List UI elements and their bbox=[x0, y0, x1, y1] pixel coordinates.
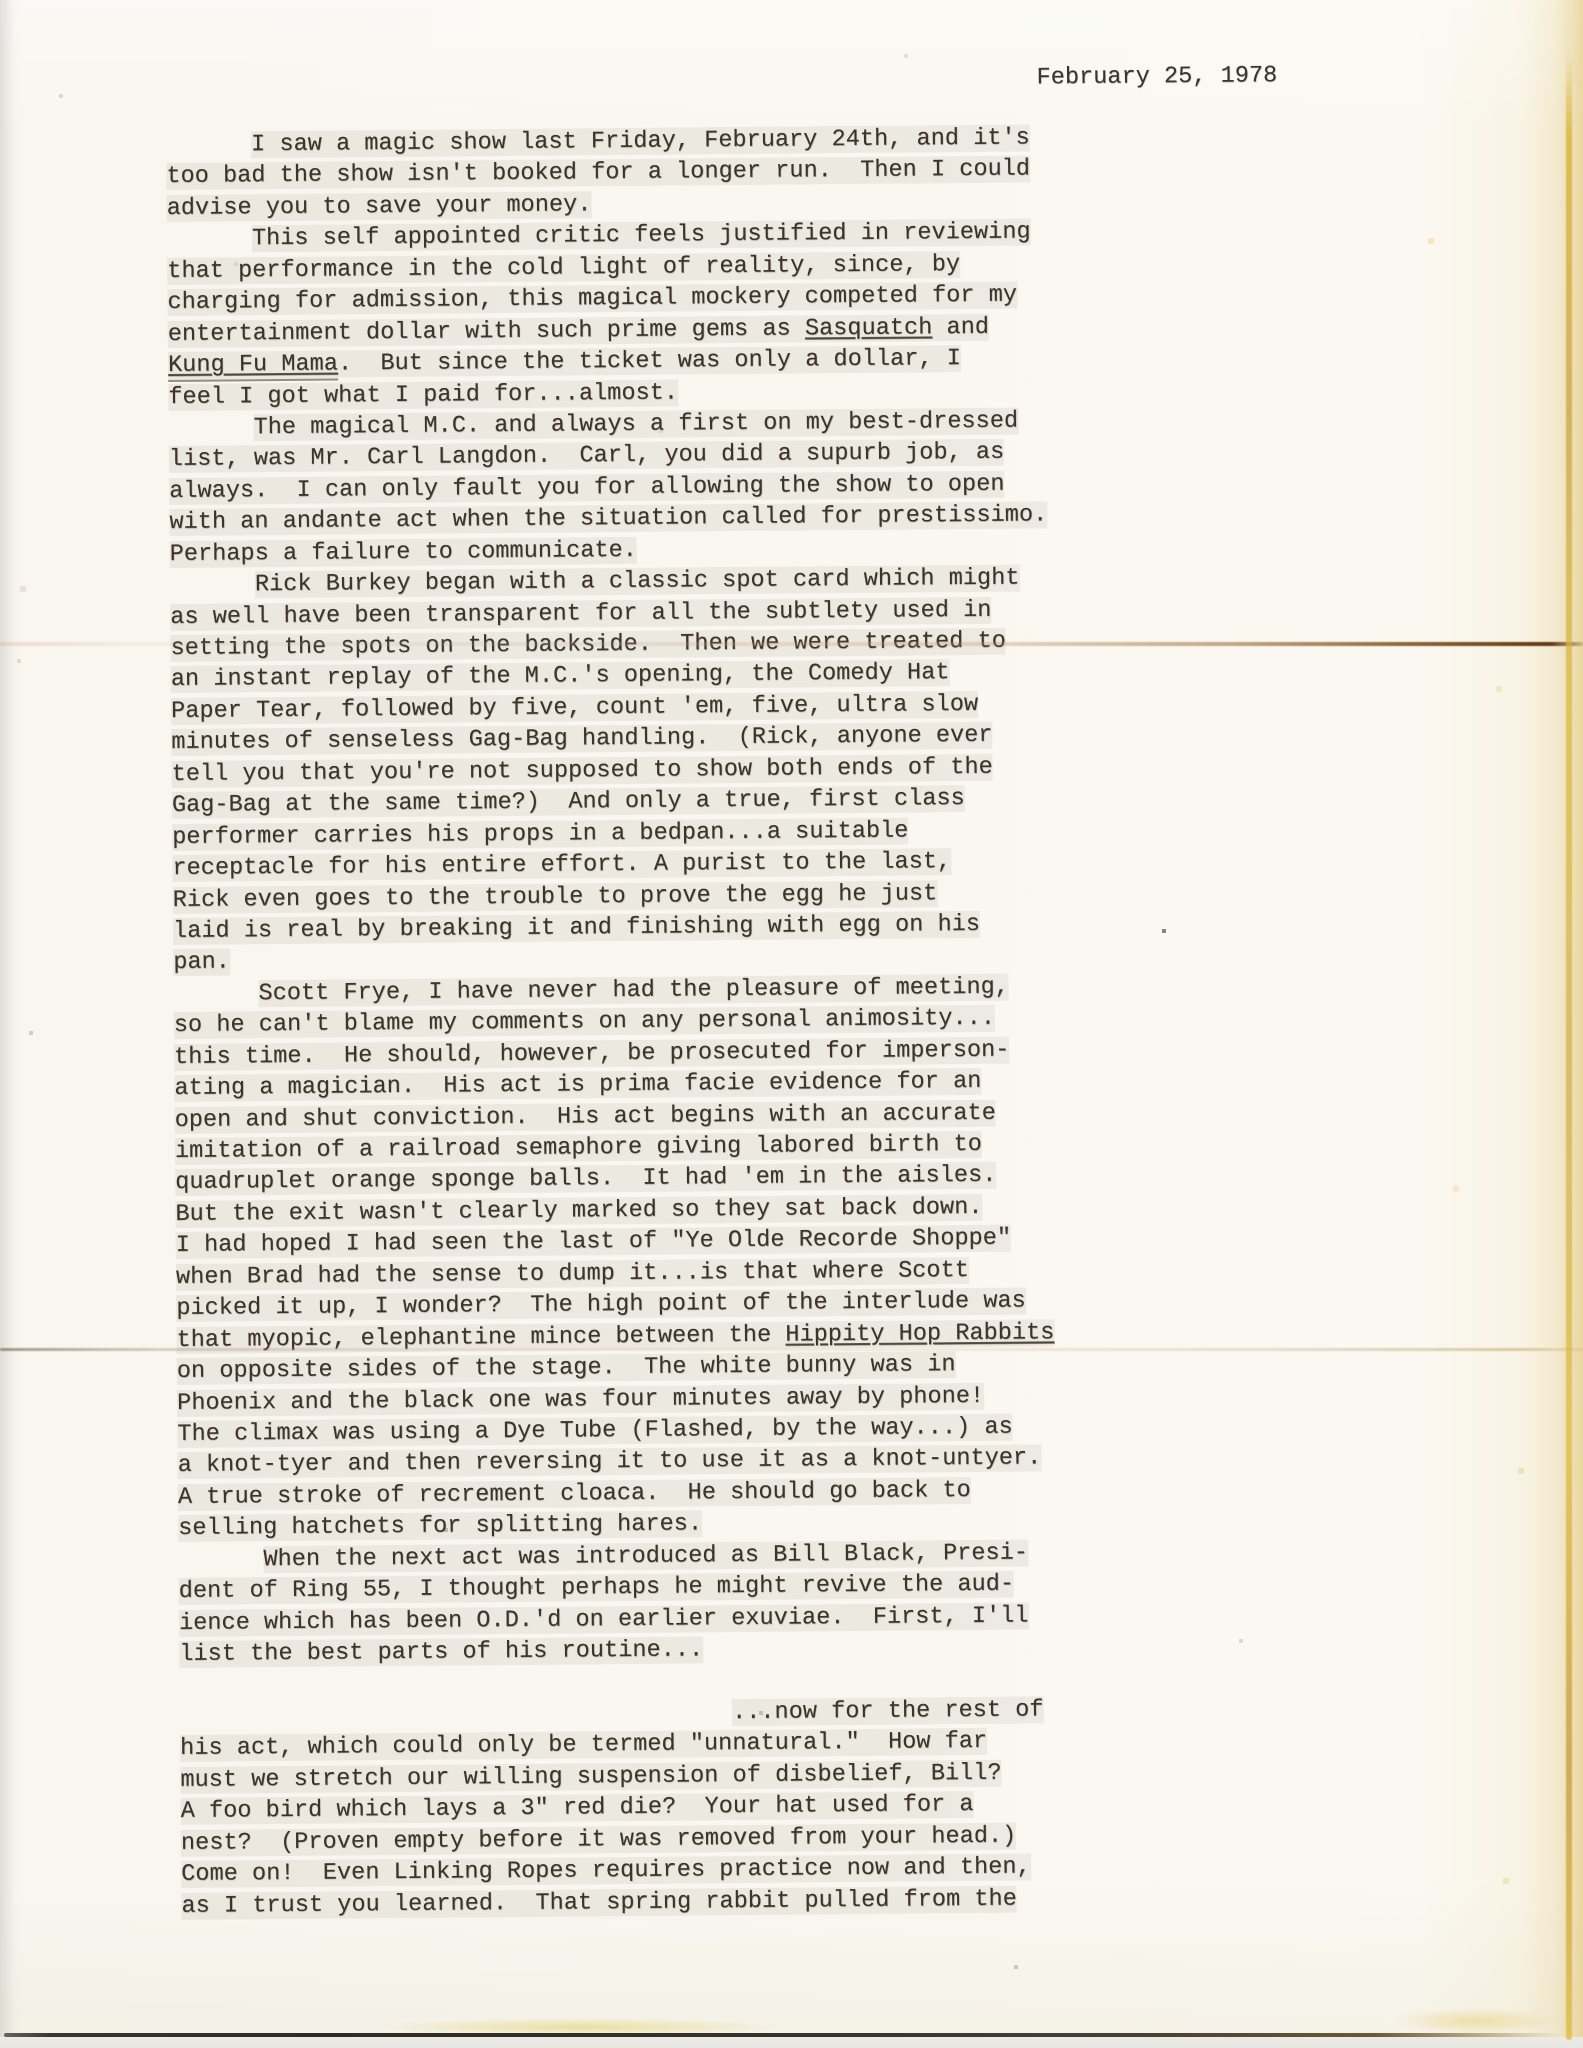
line-text: quadruplet orange sponge balls. It had '… bbox=[175, 1162, 996, 1196]
line-text: advise you to save your money. bbox=[167, 191, 592, 222]
line-text: open and shut conviction. His act begins… bbox=[175, 1099, 996, 1133]
line-text: pan. bbox=[173, 949, 230, 976]
line-text: Gag-Bag at the same time?) And only a tr… bbox=[172, 785, 965, 819]
line-text: an instant replay of the M.C.'s opening,… bbox=[171, 660, 950, 694]
line-text: as I trust you learned. That spring rabb… bbox=[181, 1885, 1017, 1919]
bottom-stain bbox=[370, 2018, 790, 2036]
line-text: too bad the show isn't booked for a long… bbox=[166, 156, 1030, 191]
paper-specks bbox=[0, 0, 2, 2]
line-text: ience which has been O.D.'d on earlier e… bbox=[179, 1602, 1029, 1636]
line-text: on opposite sides of the stage. The whit… bbox=[177, 1351, 956, 1385]
line-text: as well have been transparent for all th… bbox=[170, 596, 991, 630]
line-text: feel I got what I paid for...almost. bbox=[168, 379, 678, 410]
line-text: Scott Frye, I have never had the pleasur… bbox=[258, 973, 1009, 1007]
line-text: This self appointed critic feels justifi… bbox=[252, 219, 1031, 253]
line-text: entertainment dollar with such prime gem… bbox=[168, 315, 805, 348]
line-text: Perhaps a failure to communicate. bbox=[170, 537, 637, 568]
line-text: The magical M.C. and always a first on m… bbox=[253, 408, 1018, 442]
line-text: his act, which could only be termed "unn… bbox=[180, 1728, 987, 1762]
line-text: ...now for the rest of bbox=[732, 1696, 1044, 1726]
line-text: I saw a magic show last Friday, February… bbox=[251, 124, 1030, 158]
line-text: so he can't blame my comments on any per… bbox=[174, 1005, 995, 1039]
line-text: Paper Tear, followed by five, count 'em,… bbox=[171, 691, 978, 725]
line-text: a knot-tyer and then reversing it to use… bbox=[178, 1445, 1042, 1480]
line-text: dent of Ring 55, I thought perhaps he mi… bbox=[179, 1571, 1015, 1605]
underlined-title: Sasquatch bbox=[805, 314, 933, 342]
line-text: A true stroke of recrement cloaca. He sh… bbox=[178, 1477, 971, 1511]
line-text: that myopic, elephantine mince between t… bbox=[176, 1321, 785, 1353]
line-text: selling hatchets for splitting hares. bbox=[178, 1511, 702, 1543]
line-indent bbox=[173, 980, 258, 1008]
line-indent bbox=[166, 131, 251, 159]
scan-bottom-strip bbox=[0, 2037, 1583, 2048]
line-text: performer carries his props in a bedpan.… bbox=[172, 817, 908, 850]
line-text: Phoenix and the black one was four minut… bbox=[177, 1382, 984, 1416]
line-text: imitation of a railroad semaphore giving… bbox=[175, 1131, 982, 1165]
line-text: setting the spots on the backside. Then … bbox=[170, 628, 1006, 662]
line-text: minutes of senseless Gag-Bag handling. (… bbox=[171, 722, 992, 756]
line-text: When the next act was introduced as Bill… bbox=[263, 1539, 1028, 1573]
line-text: when Brad had the sense to dump it...is … bbox=[176, 1257, 969, 1291]
line-text: picked it up, I wonder? The high point o… bbox=[176, 1288, 1026, 1322]
line-text: . But since the ticket was only a dollar… bbox=[338, 345, 961, 377]
letter-date: February 25, 1978 bbox=[1036, 60, 1277, 94]
line-text: with an andante act when the situation c… bbox=[169, 502, 1047, 537]
bottom-stain-right bbox=[1390, 2008, 1560, 2034]
line-text: A foo bird which lays a 3" red die? Your… bbox=[181, 1791, 974, 1825]
line-text: But the exit wasn't clearly marked so th… bbox=[175, 1194, 982, 1228]
underlined-title: Kung Fu Mama bbox=[168, 351, 338, 382]
line-text: ating a magician. His act is prima facie… bbox=[174, 1068, 981, 1102]
line-indent bbox=[180, 1699, 732, 1731]
line-text: must we stretch our willing suspension o… bbox=[180, 1760, 1001, 1794]
line-indent bbox=[167, 226, 252, 254]
line-indent bbox=[168, 414, 253, 442]
line-text: I had hoped I had seen the last of "Ye O… bbox=[176, 1225, 1012, 1259]
line-text: list the best parts of his routine... bbox=[179, 1636, 703, 1668]
left-edge-shade bbox=[0, 0, 14, 2048]
line-text: always. I can only fault you for allowin… bbox=[169, 471, 1005, 505]
line-text: Rick even goes to the trouble to prove t… bbox=[173, 880, 938, 914]
line-text: that performance in the cold light of re… bbox=[167, 251, 960, 285]
letter-body: February 25, 1978 I saw a magic show las… bbox=[166, 122, 1059, 1922]
line-indent bbox=[170, 571, 255, 599]
line-text: receptacle for his entire effort. A puri… bbox=[172, 848, 951, 882]
right-page-edge-line bbox=[1566, 55, 1572, 2040]
letter-page: February 25, 1978 I saw a magic show las… bbox=[0, 0, 1583, 2048]
bottom-page-edge-line bbox=[4, 2033, 1562, 2037]
line-indent bbox=[178, 1546, 263, 1574]
line-text: tell you that you're not supposed to sho… bbox=[172, 754, 993, 788]
line-text: laid is real by breaking it and finishin… bbox=[173, 911, 980, 945]
line-text: nest? (Proven empty before it was remove… bbox=[181, 1822, 1017, 1856]
line-text: Come on! Even Linking Ropes requires pra… bbox=[181, 1854, 1031, 1888]
right-edge-stain bbox=[1521, 0, 1583, 2040]
underlined-title: Hippity Hop Rabbits bbox=[785, 1319, 1054, 1348]
line-text: and bbox=[932, 313, 989, 340]
line-text: charging for admission, this magical moc… bbox=[167, 282, 1017, 316]
line-text: this time. He should, however, be prosec… bbox=[174, 1036, 1010, 1070]
line-text: The climax was using a Dye Tube (Flashed… bbox=[177, 1414, 1013, 1448]
line-text: list, was Mr. Carl Langdon. Carl, you di… bbox=[169, 439, 1005, 473]
line-text: Rick Burkey began with a classic spot ca… bbox=[255, 565, 1020, 599]
